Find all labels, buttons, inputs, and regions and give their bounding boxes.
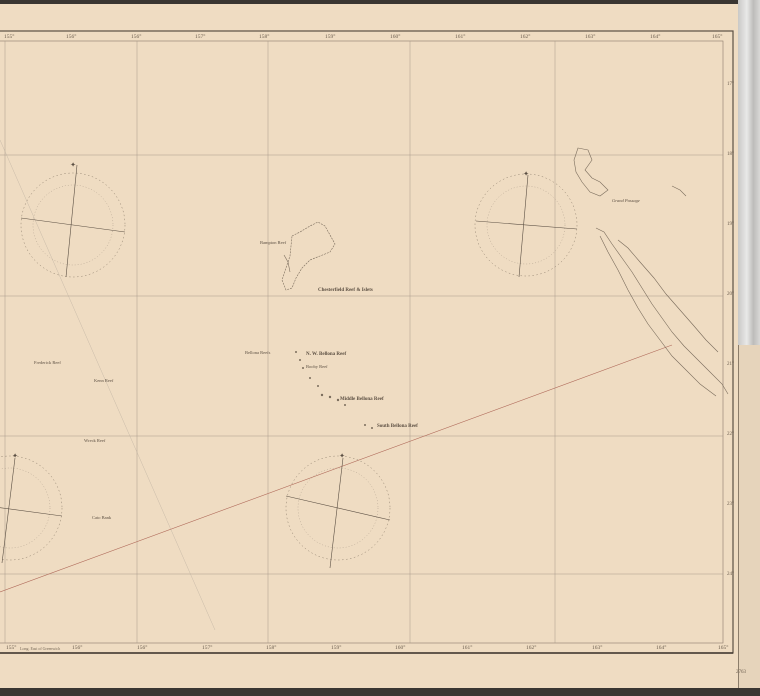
right-scale-label: 21° [727,362,734,367]
place-label: Bampton Reef [260,240,286,245]
compass-rose-northwest: ✦ [21,161,125,277]
place-label: Grand Passage [612,198,640,203]
right-scale-label: 24° [727,572,734,577]
bottom-scale-label: 156° [72,645,82,651]
plate-number: 2763 [736,670,746,675]
chesterfield-reefs [282,222,335,290]
right-scale-label: 17° [727,82,734,87]
top-scale-label: 163° [585,34,595,40]
svg-text:✦: ✦ [339,452,345,460]
bottom-scale-caption: Long. East of Greenwich [20,646,60,651]
place-label: N. W. Bellona Reef [306,352,346,357]
top-scale-label: 158° [259,34,269,40]
place-label: South Bellona Reef [377,424,418,429]
top-scale-label: 164° [650,34,660,40]
top-scale-label: 162° [520,34,530,40]
place-label: Kenn Reef [94,378,113,383]
top-scale-label: 157° [195,34,205,40]
bottom-scale-label: 159° [331,645,341,651]
right-scale-label: 18° [727,152,734,157]
svg-text:✦: ✦ [523,170,529,178]
bottom-scale-label: 163° [592,645,602,651]
bottom-scale-label: 165° [718,645,728,651]
top-scale-label: 160° [390,34,400,40]
bottom-scale-label: 156° [137,645,147,651]
bellona-reefs [295,351,373,429]
right-scale-label: 19° [727,222,734,227]
place-label: Wreck Reef [84,438,105,443]
top-scale-label: 159° [325,34,335,40]
place-label: Cato Bank [92,515,111,520]
new-caledonia [574,148,728,396]
compass-rose-southwest: ✦ [0,452,62,563]
bottom-scale-label: 158° [266,645,276,651]
chart-graphics: ✦ ✦ ✦ ✦ [0,0,760,696]
top-scale-label: 156° [66,34,76,40]
place-label: Chesterfield Reef & Islets [318,288,373,293]
compass-rose-south: ✦ [286,452,390,568]
svg-text:✦: ✦ [12,452,18,460]
right-scale-label: 20° [727,292,734,297]
place-label: Booby Reef [306,364,328,369]
bottom-scale-label: 157° [202,645,212,651]
top-scale-label: 155° [4,34,14,40]
top-scale-label: 161° [455,34,465,40]
bottom-scale-label: 162° [526,645,536,651]
bottom-scale-label: 155° [6,645,16,651]
svg-text:✦: ✦ [70,161,76,169]
bottom-scale-label: 164° [656,645,666,651]
place-label: Bellona Reefs [245,350,270,355]
right-scale-label: 22° [727,432,734,437]
place-label: Middle Bellona Reef [340,397,384,402]
compass-rose-northeast: ✦ [475,170,577,277]
bottom-scale-label: 161° [462,645,472,651]
top-scale-label: 165° [712,34,722,40]
place-label: Frederick Reef [34,360,61,365]
top-scale-label: 156° [131,34,141,40]
bottom-scale-label: 160° [395,645,405,651]
right-scale-label: 23° [727,502,734,507]
